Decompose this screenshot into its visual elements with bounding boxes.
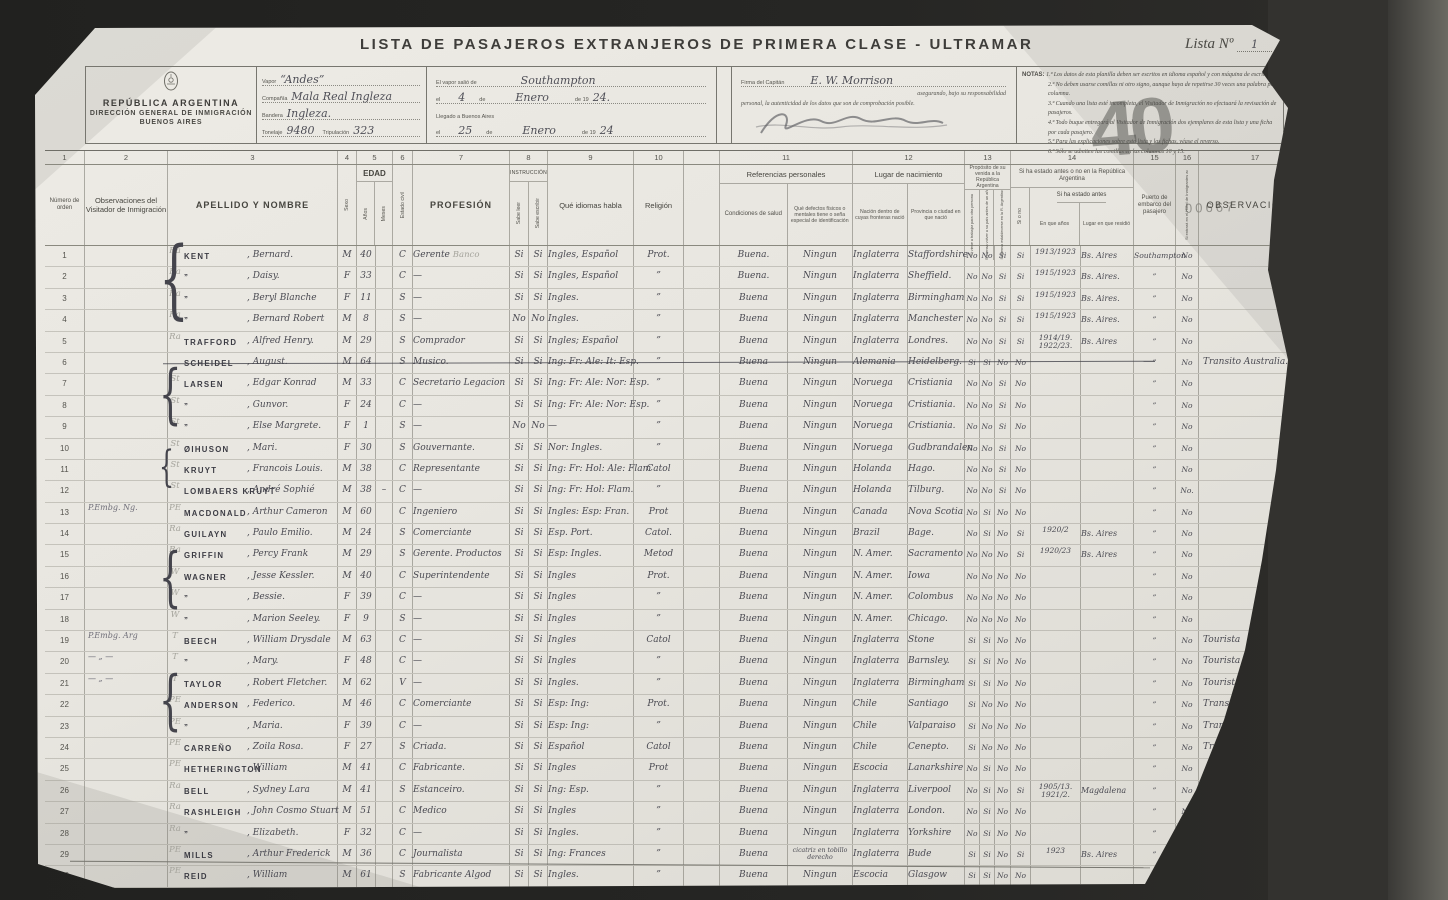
cell-pencil-mark: Ra [168, 332, 182, 352]
cell-pencil-mark: T [168, 652, 182, 672]
cell-birth-city: Cenepto. [908, 738, 965, 758]
cell-place-resided [1081, 738, 1134, 758]
cell-given-name: , Percy Frank [246, 545, 338, 565]
cell-years-in-argentina: 1915/1923 [1031, 289, 1081, 309]
cell-defects: Ningun [788, 481, 853, 501]
cell-purpose-1: No [965, 396, 980, 416]
cell-place-resided [1081, 439, 1134, 459]
cell-sex: M [338, 674, 357, 694]
cell-surname: ” [182, 267, 246, 287]
cell-visitor-observation [85, 759, 168, 779]
cell-birth-city: Londres. [908, 332, 965, 352]
cell-writes: Si [529, 374, 548, 394]
header-anos: Años [363, 208, 369, 220]
cell-health: Buena [720, 866, 788, 886]
cell-order-number: 30 [45, 866, 85, 886]
cell-purpose-1: Si [965, 717, 980, 737]
cell-years-in-argentina [1031, 695, 1081, 715]
cell-pencil-mark: St [168, 481, 182, 501]
cell-visitor-observation: — „ — [85, 652, 168, 672]
lista-number-value: 1 [1237, 38, 1272, 52]
cell-blank [684, 695, 720, 715]
cell-surname: KRUYT [182, 460, 246, 480]
lista-number: Lista Nº 1 [1185, 36, 1272, 53]
cell-order-number: 4 [45, 310, 85, 330]
cell-pencil-mark: Ra [168, 267, 182, 287]
cell-order-number: 24 [45, 738, 85, 758]
cell-immigrant-hotel: No [1176, 353, 1199, 373]
cell-embark-port: ” [1134, 417, 1176, 437]
cell-languages: Ing: Esp. [548, 781, 634, 801]
header-si-ha-estado: Si ha estado antes [1057, 188, 1107, 203]
cell-reads: Si [510, 824, 529, 844]
table-row: 25 PE HETHERINGTON , William M 41 C Fabr… [45, 759, 1340, 780]
cell-writes: No [529, 310, 548, 330]
cell-religion: Catol [634, 631, 684, 651]
cell-been-before: No [1011, 396, 1031, 416]
cell-religion: Catol. [634, 524, 684, 544]
header-profesion: PROFESIÓN [430, 200, 492, 210]
cell-age-years: 64 [357, 353, 376, 373]
cell-languages: Ingles. [548, 866, 634, 886]
cell-civil-status: S [393, 289, 413, 309]
cell-age-years: 41 [357, 781, 376, 801]
header-religion: Religión [645, 201, 672, 210]
cell-been-before: No [1011, 674, 1031, 694]
cell-place-resided [1081, 824, 1134, 844]
cell-immigrant-hotel: No [1176, 332, 1199, 352]
cell-health: Buena [720, 695, 788, 715]
cell-reads: Si [510, 332, 529, 352]
cell-immigrant-hotel: No [1176, 417, 1199, 437]
cell-purpose-1: No [965, 524, 980, 544]
cell-visitor-observation [85, 460, 168, 480]
cell-purpose-3: No [995, 652, 1011, 672]
cell-defects: Ningun [788, 631, 853, 651]
cell-place-resided: Bs. Aires [1081, 524, 1134, 544]
cell-pencil-mark: W [168, 567, 182, 587]
cell-immigrant-hotel: No [1176, 267, 1199, 287]
cell-visitor-observation [85, 738, 168, 758]
cell-civil-status: C [393, 267, 413, 287]
llegado-month: Enero [522, 126, 556, 136]
cell-embark-port: ” [1134, 481, 1176, 501]
cell-defects: Ningun [788, 439, 853, 459]
cell-age-months [376, 759, 393, 779]
cell-civil-status: C [393, 824, 413, 844]
cell-pencil-mark: St [168, 439, 182, 459]
cell-immigrant-hotel: No [1176, 781, 1199, 801]
cell-sex: M [338, 781, 357, 801]
cell-been-before: Si [1011, 289, 1031, 309]
cell-place-resided [1081, 460, 1134, 480]
cell-age-years: 33 [357, 267, 376, 287]
cell-purpose-3: Si [995, 267, 1011, 287]
cell-pencil-mark: St [168, 417, 182, 437]
cell-religion: ” [634, 802, 684, 822]
cell-languages: Esp: Ing: [548, 717, 634, 737]
cell-profession: Comprador [413, 332, 510, 352]
cell-purpose-3: No [995, 824, 1011, 844]
cell-civil-status: S [393, 310, 413, 330]
cell-writes: No [529, 417, 548, 437]
cell-embark-port: ” [1134, 802, 1176, 822]
cell-surname: GRIFFIN [182, 545, 246, 565]
cell-place-resided [1081, 695, 1134, 715]
cell-birth-city: Hago. [908, 460, 965, 480]
cell-years-in-argentina [1031, 439, 1081, 459]
table-row: 26 Ra BELL , Sydney Lara M 41 S Estancei… [45, 781, 1340, 802]
cell-religion: Prot [634, 503, 684, 523]
cell-place-resided [1081, 503, 1134, 523]
cell-years-in-argentina [1031, 567, 1081, 587]
cell-health: Buena [720, 610, 788, 630]
cell-sex: M [338, 802, 357, 822]
cell-health: Buena [720, 417, 788, 437]
cell-religion: Prot. [634, 567, 684, 587]
table-row: 23 PE ” , Maria. F 39 C — Si Si Esp: Ing… [45, 717, 1340, 738]
cell-given-name: , Marion Seeley. [246, 610, 338, 630]
table-header-row: Número de orden Observaciones del Visita… [45, 165, 1340, 246]
cell-religion: ” [634, 289, 684, 309]
cell-writes: Si [529, 631, 548, 651]
captain-name: E. W. Morrison [810, 76, 893, 86]
cell-age-months [376, 695, 393, 715]
cell-languages: Ingles [548, 631, 634, 651]
cell-blank [684, 545, 720, 565]
cell-nation: N. Amer. [853, 545, 908, 565]
cell-surname: LOMBAERS KRUYT [182, 481, 246, 501]
cell-purpose-2: No [980, 738, 995, 758]
table-row: 10 St ØIHUSON , Mari. F 30 S Gouvernante… [45, 439, 1340, 460]
cell-order-number: 13 [45, 503, 85, 523]
cell-immigrant-hotel: No [1176, 717, 1199, 737]
cell-civil-status: C [393, 652, 413, 672]
cell-defects: cicatriz en tobillo derecho [788, 845, 853, 865]
cell-sex: F [338, 588, 357, 608]
cell-reads: Si [510, 524, 529, 544]
cell-purpose-2: No [980, 396, 995, 416]
cell-been-before: No [1011, 866, 1031, 886]
salio-year: 24. [593, 93, 611, 103]
cell-blank [684, 802, 720, 822]
cell-reads: Si [510, 481, 529, 501]
cell-years-in-argentina [1031, 717, 1081, 737]
cell-profession: Comerciante [413, 695, 510, 715]
cell-age-years: 8 [357, 310, 376, 330]
cell-purpose-3: No [995, 610, 1011, 630]
cell-defects: Ningun [788, 802, 853, 822]
cell-blank [684, 631, 720, 651]
cell-visitor-observation [85, 267, 168, 287]
cell-age-years: 63 [357, 631, 376, 651]
cell-writes: Si [529, 267, 548, 287]
table-row: 22 PE ANDERSON , Federico. M 46 C Comerc… [45, 695, 1340, 716]
cell-age-months [376, 588, 393, 608]
cell-given-name: , Arthur Cameron [246, 503, 338, 523]
cell-years-in-argentina [1031, 631, 1081, 651]
cell-age-months [376, 267, 393, 287]
note-1: 1.ª Los datos de esta planilla deben ser… [1046, 72, 1271, 78]
cell-purpose-1: Si [965, 353, 980, 373]
cell-age-months [376, 310, 393, 330]
table-row: 21 — „ — T TAYLOR , Robert Fletcher. M 6… [45, 674, 1340, 695]
cell-age-months [376, 631, 393, 651]
cell-sex: M [338, 866, 357, 886]
cell-nation: Inglaterra [853, 267, 908, 287]
cell-pencil-mark: T [168, 674, 182, 694]
cell-health: Buena [720, 759, 788, 779]
cell-reads: Si [510, 674, 529, 694]
cell-writes: Si [529, 674, 548, 694]
cell-health: Buena [720, 481, 788, 501]
cell-age-months [376, 545, 393, 565]
cell-order-number: 21 [45, 674, 85, 694]
cell-profession: — [413, 610, 510, 630]
blank-column [684, 165, 720, 245]
coat-of-arms-icon [163, 71, 179, 91]
cell-been-before: No [1011, 588, 1031, 608]
vapor-value: “Andes” [280, 75, 324, 85]
cell-religion: ” [634, 781, 684, 801]
cell-civil-status: S [393, 332, 413, 352]
cell-birth-city: Lanarkshire [908, 759, 965, 779]
cell-profession: Gerente Banco [413, 246, 510, 266]
cell-defects: Ningun [788, 310, 853, 330]
captain-signature [751, 103, 951, 141]
cell-immigrant-hotel: No [1176, 802, 1199, 822]
cell-order-number: 27 [45, 802, 85, 822]
cell-given-name: , Jesse Kessler. [246, 567, 338, 587]
salio-label: El vapor salió de [436, 80, 477, 86]
cell-pencil-mark: St [168, 460, 182, 480]
cell-profession: — [413, 417, 510, 437]
cell-religion: ” [634, 717, 684, 737]
column-number-row: 1 2 3 4 5 6 7 8 9 10 11 12 13 14 15 16 1… [45, 150, 1340, 165]
cell-birth-city: Stone [908, 631, 965, 651]
cell-writes: Si [529, 545, 548, 565]
tripulacion-label: Tripulación [323, 130, 350, 136]
cell-been-before: No [1011, 417, 1031, 437]
header-estado-civil: Estado civil [400, 192, 406, 218]
cell-immigrant-hotel: No [1176, 845, 1199, 865]
cell-reads: Si [510, 802, 529, 822]
cell-religion: ” [634, 267, 684, 287]
cell-visitor-observation [85, 417, 168, 437]
cell-age-months [376, 610, 393, 630]
cell-civil-status: C [393, 503, 413, 523]
cell-defects: Ningun [788, 717, 853, 737]
cell-purpose-1: No [965, 545, 980, 565]
cell-been-before: Si [1011, 267, 1031, 287]
cell-blank [684, 610, 720, 630]
cell-purpose-2: No [980, 717, 995, 737]
cell-defects: Ningun [788, 824, 853, 844]
cell-pencil-mark: T [168, 631, 182, 651]
cell-reads: Si [510, 717, 529, 737]
cell-been-before: No [1011, 631, 1031, 651]
cell-civil-status: S [393, 610, 413, 630]
cell-immigrant-hotel: No [1176, 503, 1199, 523]
cell-nation: Inglaterra [853, 652, 908, 672]
cell-nation: Chile [853, 738, 908, 758]
cell-given-name: , Alfred Henry. [246, 332, 338, 352]
cell-been-before: Si [1011, 246, 1031, 266]
cell-birth-city: Staffordshire [908, 246, 965, 266]
cell-religion: ” [634, 439, 684, 459]
cell-pencil-mark: PE [168, 695, 182, 715]
cell-order-number: 6 [45, 353, 85, 373]
cell-purpose-1: No [965, 802, 980, 822]
cell-profession: Fabricante. [413, 759, 510, 779]
cell-order-number: 25 [45, 759, 85, 779]
cell-years-in-argentina [1031, 759, 1081, 779]
cell-purpose-1: No [965, 332, 980, 352]
cell-blank [684, 567, 720, 587]
compania-value: Mala Real Ingleza [291, 92, 392, 102]
cell-birth-city: Barnsley. [908, 652, 965, 672]
cell-birth-city: Gudbrandalen [908, 439, 965, 459]
header-estado-antes: Si ha estado antes o no en la República … [1011, 165, 1133, 188]
cell-order-number: 26 [45, 781, 85, 801]
cell-nation: N. Amer. [853, 610, 908, 630]
cell-given-name: , Daisy. [246, 267, 338, 287]
cell-purpose-2: No [980, 417, 995, 437]
cell-profession: — [413, 631, 510, 651]
firma-label: Firma del Capitán [741, 80, 784, 86]
cell-religion: ” [634, 374, 684, 394]
cell-civil-status: C [393, 588, 413, 608]
cell-reads: Si [510, 610, 529, 630]
cell-place-resided [1081, 631, 1134, 651]
cell-years-in-argentina: 1923 [1031, 845, 1081, 865]
cell-health: Buena [720, 396, 788, 416]
cell-languages: Esp: Ingles. [548, 545, 634, 565]
cell-birth-city: Valparaiso [908, 717, 965, 737]
cell-defects: Ningun [788, 246, 853, 266]
cell-surname: REID [182, 866, 246, 886]
table-row: 12 St LOMBAERS KRUYT , André Sophié M 38… [45, 481, 1340, 502]
cell-given-name: , Zoila Rosa. [246, 738, 338, 758]
cell-purpose-1: Si [965, 652, 980, 672]
cell-blank [684, 759, 720, 779]
cell-purpose-3: No [995, 353, 1011, 373]
cell-pencil-mark: Ra [168, 545, 182, 565]
cell-religion: ” [634, 396, 684, 416]
cell-nation: Chile [853, 695, 908, 715]
cell-civil-status: S [393, 738, 413, 758]
cell-pencil-mark [168, 353, 182, 373]
cell-visitor-observation [85, 439, 168, 459]
cell-visitor-observation [85, 781, 168, 801]
cell-given-name: , Elizabeth. [246, 824, 338, 844]
cell-age-years: 39 [357, 717, 376, 737]
cell-place-resided: Bs. Aires. [1081, 289, 1134, 309]
cell-age-years: 11 [357, 289, 376, 309]
cell-birth-city: Glasgow [908, 866, 965, 886]
table-row: 7 St LARSEN , Edgar Konrad M 33 C Secret… [45, 374, 1340, 395]
salio-day: 4 [458, 93, 465, 103]
cell-years-in-argentina: 1913/1923 [1031, 246, 1081, 266]
cell-reads: Si [510, 353, 529, 373]
cell-nation: Holanda [853, 460, 908, 480]
bandera-label: Bandera [262, 113, 283, 119]
captain-sub1: asegurando, bajo su responsabilidad [741, 91, 1006, 97]
cell-purpose-1: No [965, 759, 980, 779]
cell-age-months [376, 524, 393, 544]
cell-been-before: Si [1011, 545, 1031, 565]
cell-been-before: Si [1011, 332, 1031, 352]
cell-pencil-mark: St [168, 374, 182, 394]
cell-purpose-1: Si [965, 866, 980, 886]
cell-been-before: No [1011, 374, 1031, 394]
cell-age-months [376, 374, 393, 394]
cell-nation: Inglaterra [853, 332, 908, 352]
passenger-table: 1 2 3 4 5 6 7 8 9 10 11 12 13 14 15 16 1… [45, 150, 1340, 889]
cell-sex: M [338, 353, 357, 373]
cell-civil-status: C [393, 374, 413, 394]
cell-defects: Ningun [788, 524, 853, 544]
cell-immigrant-hotel: No [1176, 567, 1199, 587]
cell-sex: M [338, 503, 357, 523]
cell-reads: Si [510, 781, 529, 801]
cell-reads: Si [510, 588, 529, 608]
cell-age-months [376, 802, 393, 822]
cell-purpose-3: Si [995, 396, 1011, 416]
cell-languages: Ingles. [548, 289, 634, 309]
cell-languages: Ing: Fr: Ale: It: Esp. [548, 353, 634, 373]
cell-writes: Si [529, 610, 548, 630]
cell-health: Buena [720, 588, 788, 608]
cell-surname: ” [182, 652, 246, 672]
cell-profession: Gerente. Productos [413, 545, 510, 565]
cell-sex: M [338, 759, 357, 779]
cell-religion: Metod [634, 545, 684, 565]
cell-profession: Gouvernante. [413, 439, 510, 459]
cell-place-resided: Bs. Aires. [1081, 267, 1134, 287]
cell-embark-port: ” [1134, 781, 1176, 801]
cell-sex: F [338, 417, 357, 437]
cell-defects: Ningun [788, 374, 853, 394]
cell-pencil-mark: Ra [168, 802, 182, 822]
header-hotel-inmigrantes: Si entrará en el Hotel de Inmigrantes ac… [1184, 170, 1190, 240]
salio-port: Southampton [521, 76, 596, 86]
cell-purpose-1: No [965, 481, 980, 501]
cell-reads: Si [510, 845, 529, 865]
cell-civil-status: C [393, 802, 413, 822]
cell-given-name: , John Cosmo Stuart [246, 802, 338, 822]
cell-purpose-1: No [965, 824, 980, 844]
table-row: 11 St KRUYT , Francois Louis. M 38 C Rep… [45, 460, 1340, 481]
cell-purpose-3: Si [995, 417, 1011, 437]
cell-civil-status: C [393, 481, 413, 501]
cell-order-number: 14 [45, 524, 85, 544]
cell-reads: Si [510, 567, 529, 587]
table-row: 28 Ra ” , Elizabeth. F 32 C — Si Si Ingl… [45, 824, 1340, 845]
cell-health: Buena [720, 845, 788, 865]
cell-birth-city: Heidelberg. [908, 353, 965, 373]
cell-place-resided [1081, 717, 1134, 737]
cell-purpose-2: No [980, 588, 995, 608]
cell-blank [684, 845, 720, 865]
cell-nation: Inglaterra [853, 310, 908, 330]
cell-age-years: 40 [357, 246, 376, 266]
cell-visitor-observation [85, 310, 168, 330]
table-row: 13 P.Embg. Ng. PE MACDONALD , Arthur Cam… [45, 503, 1340, 524]
table-row: 27 Ra RASHLEIGH , John Cosmo Stuart M 51… [45, 802, 1340, 823]
cell-order-number: 23 [45, 717, 85, 737]
cell-reads: Si [510, 374, 529, 394]
